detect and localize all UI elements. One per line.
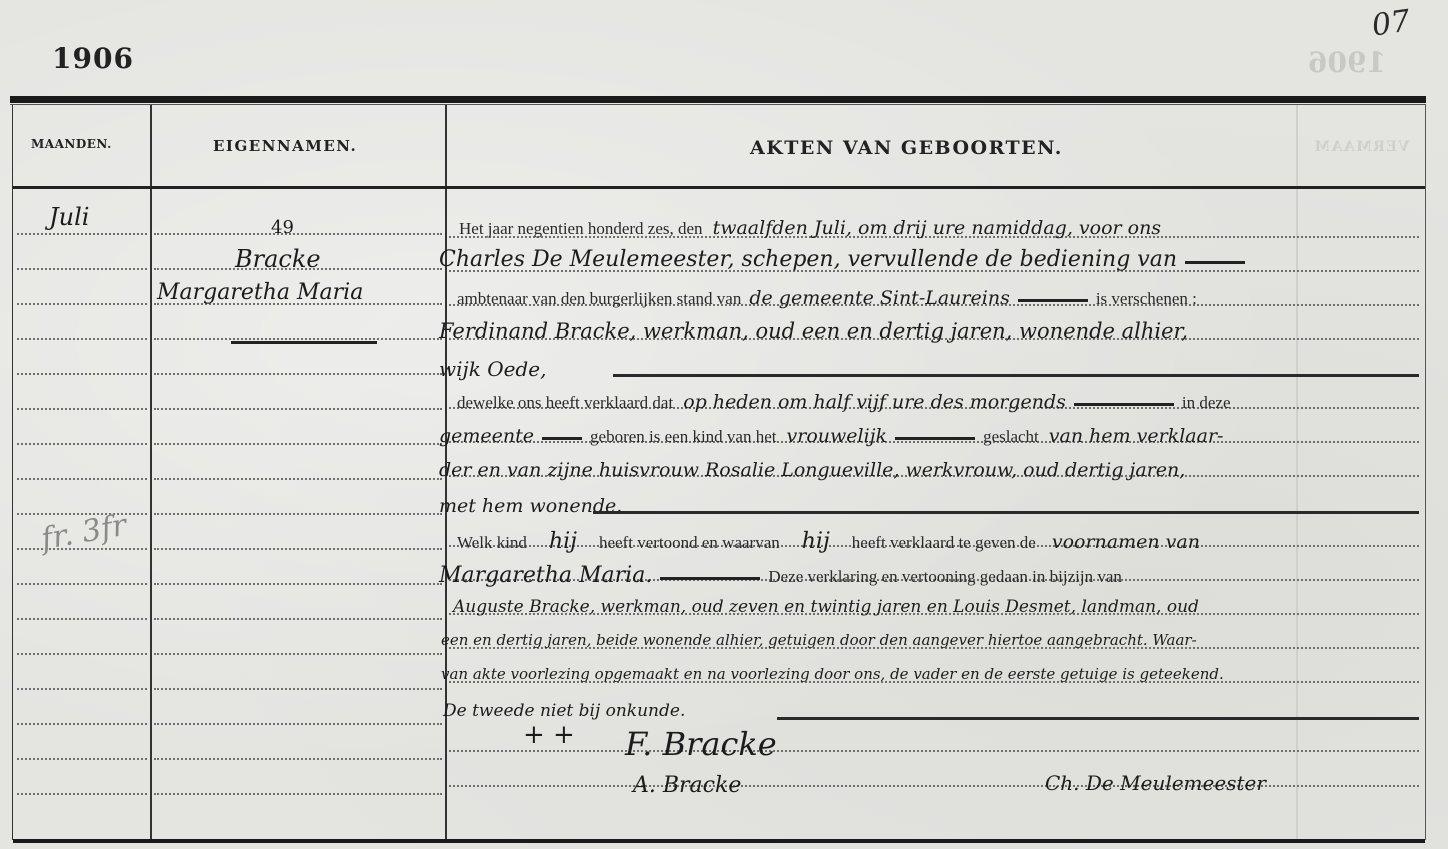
act-line-12: Auguste Bracke, werkman, oud zeven en tw…: [453, 597, 1199, 617]
signature-official: Ch. De Meulemeester: [1045, 771, 1266, 795]
act-line-15: De tweede niet bij onkunde.: [443, 701, 685, 721]
entry-surname: Bracke: [235, 245, 321, 273]
entry-given-names: Margaretha Maria: [157, 280, 363, 305]
bleed-through-header: VERMAAM: [1313, 139, 1409, 155]
act-line-1: Het jaar negentien honderd zes, den twaa…: [459, 217, 1161, 239]
signature-marks: + +: [523, 720, 575, 750]
act-line-2: Charles De Meulemeester, schepen, vervul…: [439, 247, 1249, 272]
header-names: EIGENNAMEN.: [213, 137, 357, 155]
register-table: MAANDEN. EIGENNAMEN. AKTEN VAN GEBOORTEN…: [12, 105, 1426, 840]
column-divider-months: [150, 105, 152, 840]
act-number: 49: [271, 217, 294, 238]
entry-month: Juli: [49, 203, 89, 231]
act-line-8: der en van zijne huisvrouw Rosalie Longu…: [439, 459, 1185, 481]
act-line-6: dewelke ons heeft verklaard dat op heden…: [457, 391, 1230, 413]
header-acts: AKTEN VAN GEBOORTEN.: [750, 137, 1063, 159]
act-line-4: Ferdinand Bracke, werkman, oud een en de…: [439, 319, 1188, 343]
name-underline: [231, 341, 377, 344]
header-bottom-rule: [13, 186, 1425, 189]
header-months: MAANDEN.: [31, 137, 112, 151]
act-line-14: van akte voorlezing opgemaakt en na voor…: [441, 665, 1224, 684]
fill-line: [613, 374, 1419, 377]
act-line-5: wijk Oede,: [439, 357, 546, 381]
bleed-through-year: 1906: [1308, 46, 1386, 79]
fill-line: [777, 717, 1419, 720]
document-page: 1906 1906 07 MAANDEN. EIGENNAMEN. AKTEN …: [0, 0, 1448, 849]
page-number: 07: [1370, 4, 1413, 44]
register-year: 1906: [52, 42, 134, 75]
act-line-3: ambtenaar van den burgerlijken stand van…: [457, 287, 1197, 309]
bleed-column-line: [1296, 105, 1298, 840]
act-line-7: gemeente geboren is een kind van het vro…: [439, 425, 1223, 447]
fill-line: [593, 511, 1419, 514]
bottom-rule: [13, 839, 1425, 843]
act-line-10: Welk kind hij heeft vertoond en waarvan …: [457, 529, 1200, 554]
act-line-11: Margaretha Maria. Deze verklaring en ver…: [439, 563, 1122, 588]
signature-witness: A. Bracke: [633, 773, 741, 798]
act-line-13: een en dertig jaren, beide wonende alhie…: [441, 631, 1197, 650]
header-thick-rule: [10, 96, 1426, 103]
signature-father: F. Bracke: [625, 725, 777, 763]
